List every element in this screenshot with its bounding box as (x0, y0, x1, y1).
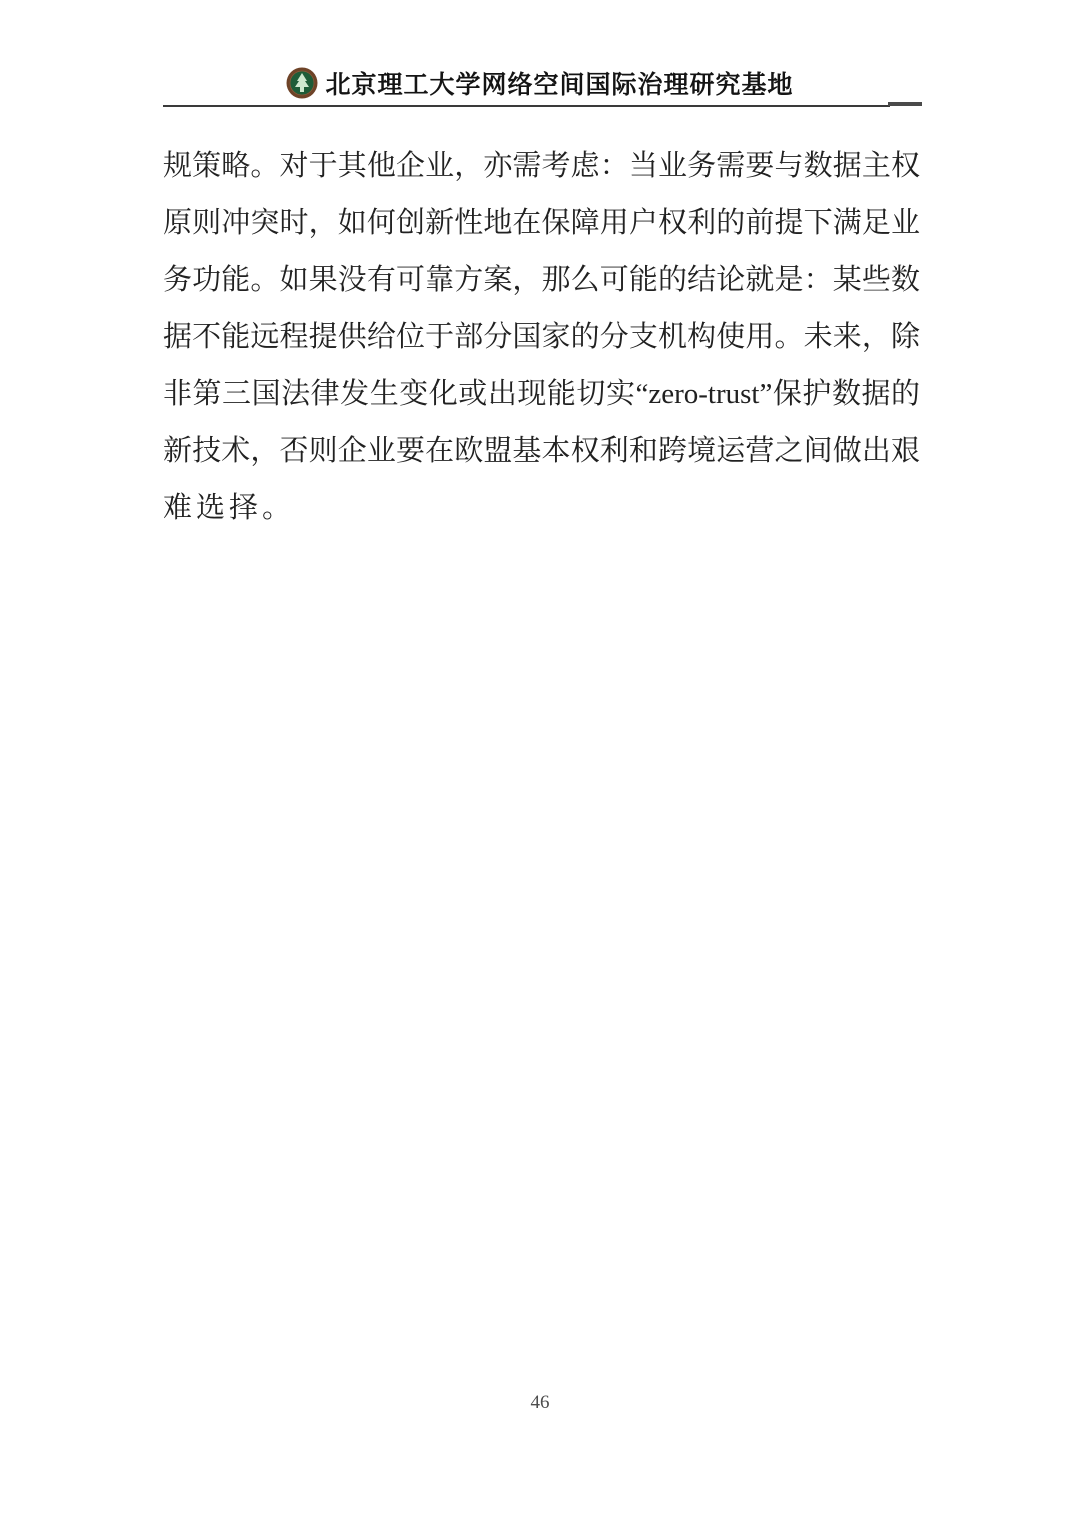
header-rule-short (888, 102, 922, 106)
document-page: 北京理工大学网络空间国际治理研究基地 规策略。对于其他企业，亦需考虑：当业务需要… (0, 0, 1080, 1527)
paragraph-line: 规策略。对于其他企业，亦需考虑：当业务需要与数据主权 (163, 138, 920, 195)
paragraph-line: 原则冲突时，如何创新性地在保障用户权利的前提下满足业 (163, 195, 920, 252)
body-paragraph: 规策略。对于其他企业，亦需考虑：当业务需要与数据主权 原则冲突时，如何创新性地在… (163, 138, 920, 537)
paragraph-line: 非第三国法律发生变化或出现能切实“zero-trust”保护数据的 (163, 366, 920, 423)
header-rule-long (163, 105, 890, 107)
university-emblem-icon (286, 67, 318, 99)
header-title: 北京理工大学网络空间国际治理研究基地 (325, 65, 793, 101)
paragraph-line: 难选择。 (163, 480, 920, 537)
paragraph-line: 新技术，否则企业要在欧盟基本权利和跨境运营之间做出艰 (163, 423, 920, 480)
page-number: 46 (531, 1392, 550, 1413)
page-header: 北京理工大学网络空间国际治理研究基地 (0, 60, 1080, 106)
paragraph-line: 据不能远程提供给位于部分国家的分支机构使用。未来，除 (163, 309, 920, 366)
page-footer: 46 (0, 1392, 1080, 1414)
paragraph-line: 务功能。如果没有可靠方案，那么可能的结论就是：某些数 (163, 252, 920, 309)
